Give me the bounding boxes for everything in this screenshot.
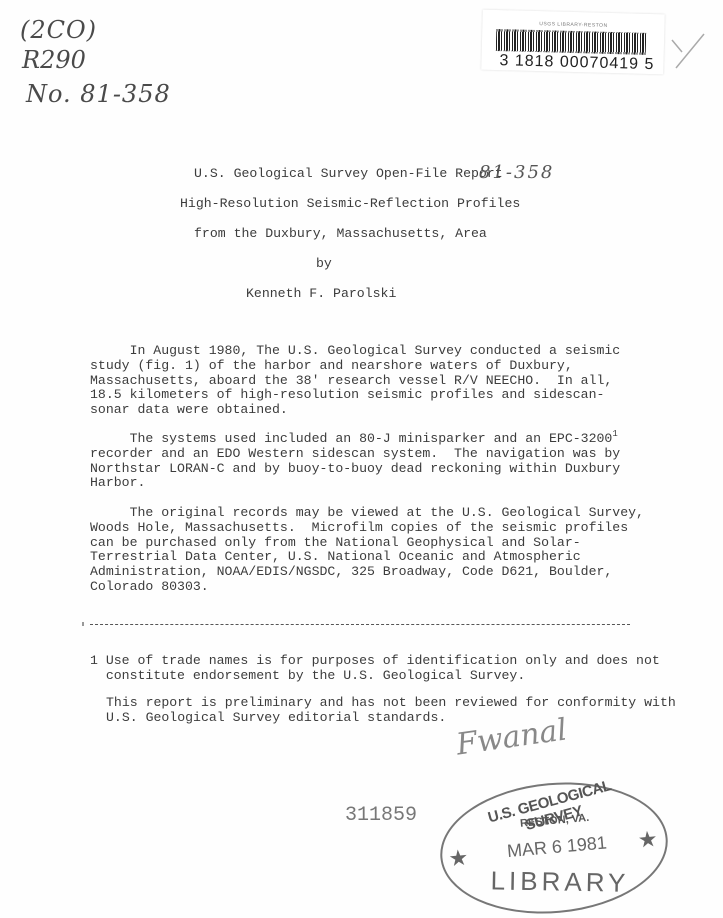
library-stamp: U.S. GEOLOGICAL SURVEY RESTON, VA. ★ MAR… bbox=[435, 773, 673, 918]
preliminary-disclaimer: This report is preliminary and has not b… bbox=[106, 696, 666, 726]
handwritten-note-2: R290 bbox=[22, 46, 86, 74]
accession-number: 311859 bbox=[345, 804, 417, 827]
star-icon: ★ bbox=[447, 845, 469, 873]
report-series-line: U.S. Geological Survey Open-File Report bbox=[194, 166, 503, 181]
paragraph-2-start: The systems used included an 80-J minisp… bbox=[90, 431, 612, 446]
stamp-library: LIBRARY bbox=[475, 865, 646, 899]
scan-mark bbox=[82, 622, 84, 626]
author-name: Kenneth F. Parolski bbox=[246, 286, 396, 301]
paragraph-3: The original records may be viewed at th… bbox=[90, 506, 650, 595]
barcode-number: 3 1818 00070419 5 bbox=[499, 52, 654, 74]
barcode-label: USGS LIBRARY-RESTON 3 1818 00070419 5 bbox=[481, 10, 665, 75]
footnote-1: 1 Use of trade names is for purposes of … bbox=[90, 654, 650, 684]
paragraph-2-rest: recorder and an EDO Western sidescan sys… bbox=[90, 446, 620, 491]
title-line-2: from the Duxbury, Massachusetts, Area bbox=[194, 226, 487, 241]
paragraph-2: The systems used included an 80-J minisp… bbox=[90, 432, 650, 491]
barcode-bars bbox=[496, 29, 647, 55]
report-number-handwritten: 81-358 bbox=[479, 162, 554, 183]
title-line-1: High-Resolution Seismic-Reflection Profi… bbox=[180, 196, 520, 211]
handwritten-note-3: No. 81-358 bbox=[26, 80, 171, 108]
handwritten-note-1: (2CO) bbox=[20, 16, 97, 44]
check-mark-icon bbox=[668, 30, 708, 70]
star-icon: ★ bbox=[637, 826, 659, 854]
by-line: by bbox=[316, 256, 332, 271]
paragraph-1: In August 1980, The U.S. Geological Surv… bbox=[90, 344, 650, 418]
footnote-ref: 1 bbox=[612, 429, 617, 439]
footnote-divider bbox=[90, 624, 630, 625]
